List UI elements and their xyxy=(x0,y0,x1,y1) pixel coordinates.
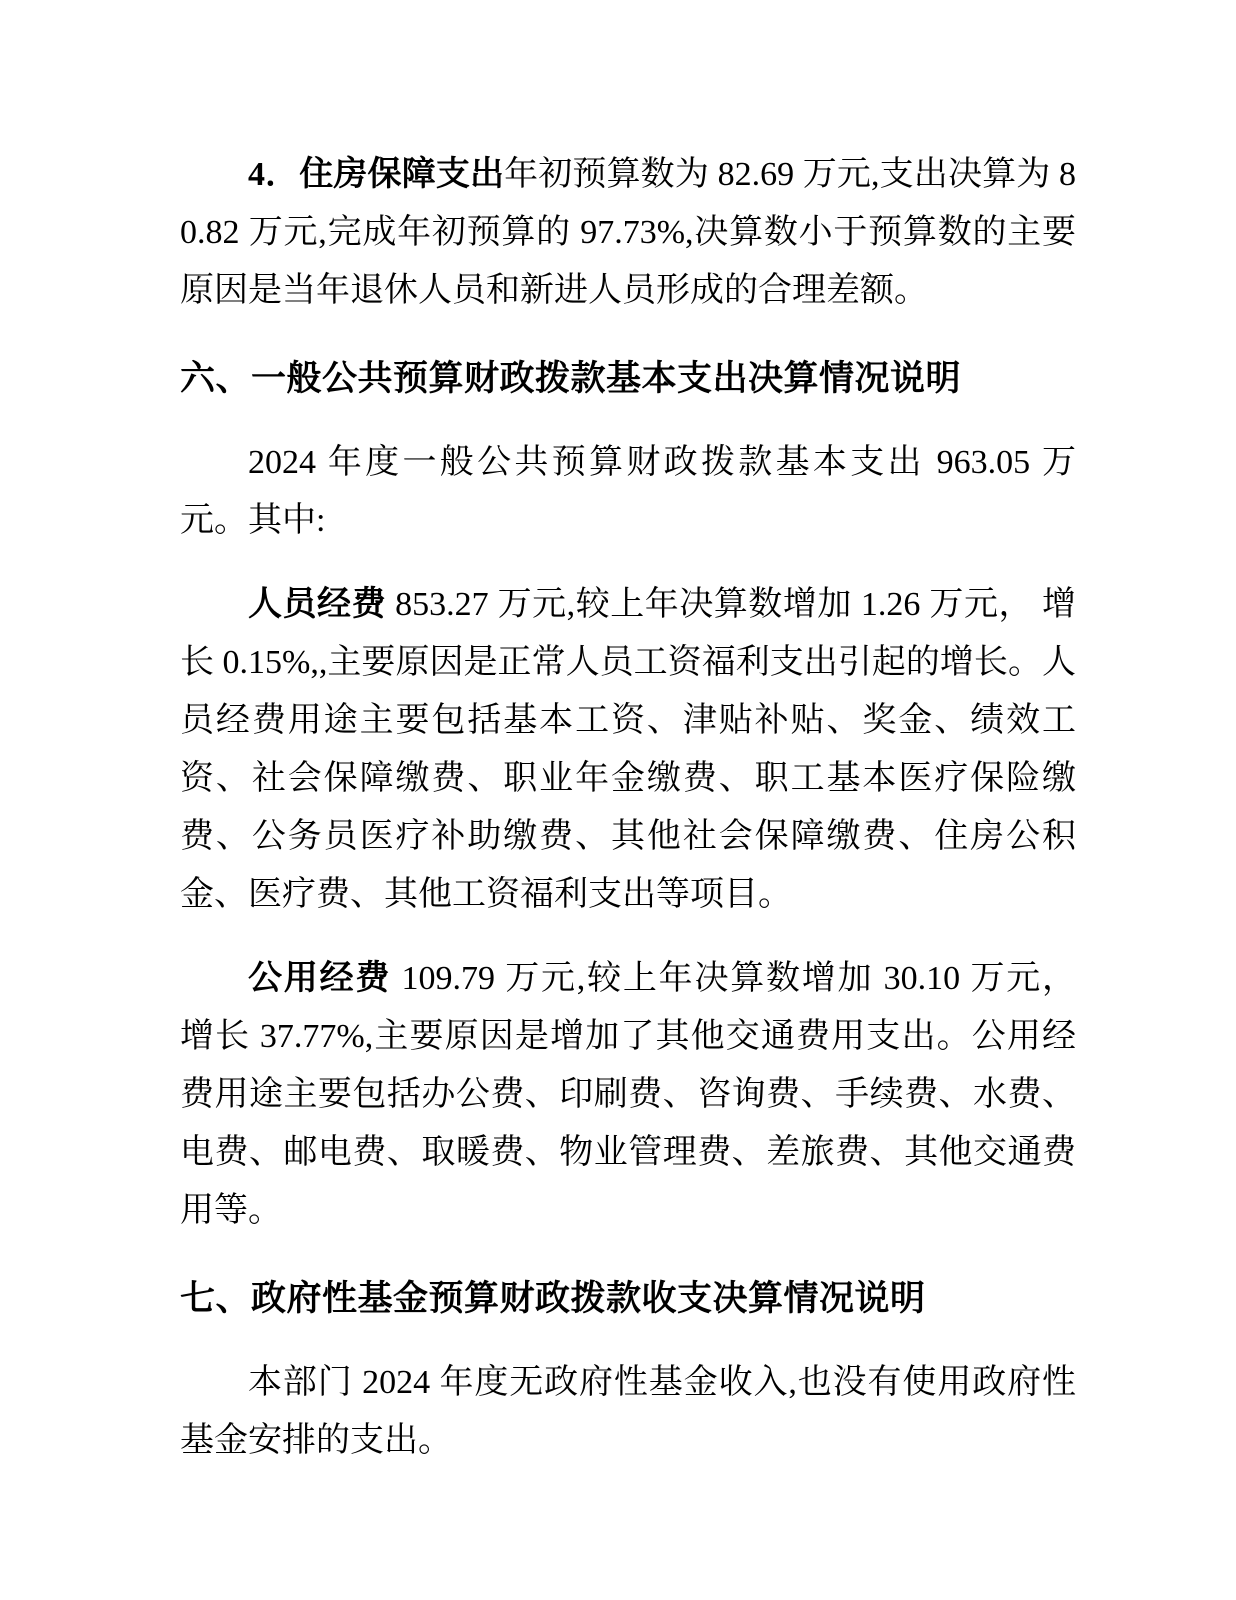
text-run: 109.79 万元,较上年决算数增加 30.10 万元， 增长 37.77%,主… xyxy=(180,960,1076,1229)
emphasis-text-run: 六、一般公共预算财政拨款基本支出决算情况说明 xyxy=(180,359,961,398)
text-run: 2024 年度一般公共预算财政拨款基本支出 963.05 万元。其中: xyxy=(180,444,1076,539)
emphasis-text-run: 公用经费 xyxy=(248,960,391,997)
emphasis-text-run: 人员经费 xyxy=(248,586,386,623)
paragraph-government-fund: 本部门 2024 年度无政府性基金收入,也没有使用政府性基金安排的支出。 xyxy=(180,1354,1076,1470)
paragraph-basic-expenditure-total: 2024 年度一般公共预算财政拨款基本支出 963.05 万元。其中: xyxy=(180,434,1076,550)
paragraph-public-expenses: 公用经费 109.79 万元,较上年决算数增加 30.10 万元， 增长 37.… xyxy=(180,950,1076,1240)
emphasis-text-run: 4．住房保障支出 xyxy=(248,156,504,193)
text-run: 本部门 2024 年度无政府性基金收入,也没有使用政府性基金安排的支出。 xyxy=(180,1364,1076,1459)
paragraph-personnel-expenses: 人员经费 853.27 万元,较上年决算数增加 1.26 万元， 增长 0.15… xyxy=(180,576,1076,924)
text-run: 853.27 万元,较上年决算数增加 1.26 万元， 增长 0.15%,,主要… xyxy=(180,586,1076,913)
document-page: 4．住房保障支出年初预算数为 82.69 万元,支出决算为 80.82 万元,完… xyxy=(0,0,1236,1600)
emphasis-text-run: 七、政府性基金预算财政拨款收支决算情况说明 xyxy=(180,1279,926,1318)
paragraph-housing-security: 4．住房保障支出年初预算数为 82.69 万元,支出决算为 80.82 万元,完… xyxy=(180,146,1076,320)
heading-section-7: 七、政府性基金预算财政拨款收支决算情况说明 xyxy=(180,1270,1076,1328)
heading-section-6: 六、一般公共预算财政拨款基本支出决算情况说明 xyxy=(180,350,1076,408)
document-body: 4．住房保障支出年初预算数为 82.69 万元,支出决算为 80.82 万元,完… xyxy=(180,146,1076,1470)
